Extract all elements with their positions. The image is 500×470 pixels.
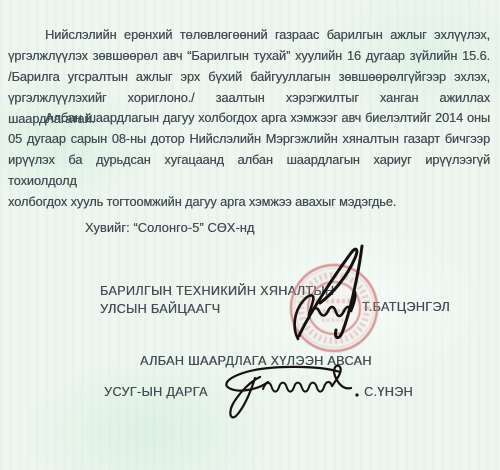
receipt-heading: АЛБАН ШААРДЛАГА ХҮЛЭЭН АВСАН — [140, 353, 372, 371]
scanned-document: Нийслэлийн ерөнхий төлөвлөгөөний газраас… — [0, 0, 500, 470]
copy-recipient-line: Хувийг: “Солонго-5” СӨХ-нд — [85, 220, 254, 235]
paragraph-line: холбогдох хууль тогтоомжийн дагуу арга х… — [8, 191, 490, 212]
paragraph-line: 05 дугаар сарын 08-ны дотор Нийслэлийн М… — [8, 128, 490, 149]
paragraph-line: Албан шаардлагын дагуу холбогдох арга хэ… — [8, 107, 490, 128]
inspector-name: Т.БАТЦЭНГЭЛ — [362, 299, 450, 317]
paragraph-line: ирүүлэх ба дурьдсан хугацаанд албан шаар… — [8, 149, 490, 191]
inspector-title-line1: БАРИЛГЫН ТЕХНИКИЙН ХЯНАЛТЫН — [100, 283, 334, 301]
paragraph-2: Албан шаардлагын дагуу холбогдох арга хэ… — [8, 107, 490, 212]
inspector-title-line2: УЛСЫН БАЙЦААГЧ — [100, 301, 334, 319]
paragraph-line: /Барилга угсралтын ажлыг эрх бүхий байгу… — [8, 66, 490, 87]
inspector-signature-block: БАРИЛГЫН ТЕХНИКИЙН ХЯНАЛТЫН УЛСЫН БАЙЦАА… — [100, 283, 334, 318]
paragraph-line: Нийслэлийн ерөнхий төлөвлөгөөний газраас… — [8, 24, 490, 45]
receiver-name: С.ҮНЭН — [364, 384, 413, 402]
receiver-title: УСУГ-ЫН ДАРГА — [104, 384, 208, 402]
receiver-signature — [226, 366, 358, 418]
paragraph-line: үргэлжлүүлэх зөвшөөрөл авч “Барилгын тух… — [8, 45, 490, 66]
